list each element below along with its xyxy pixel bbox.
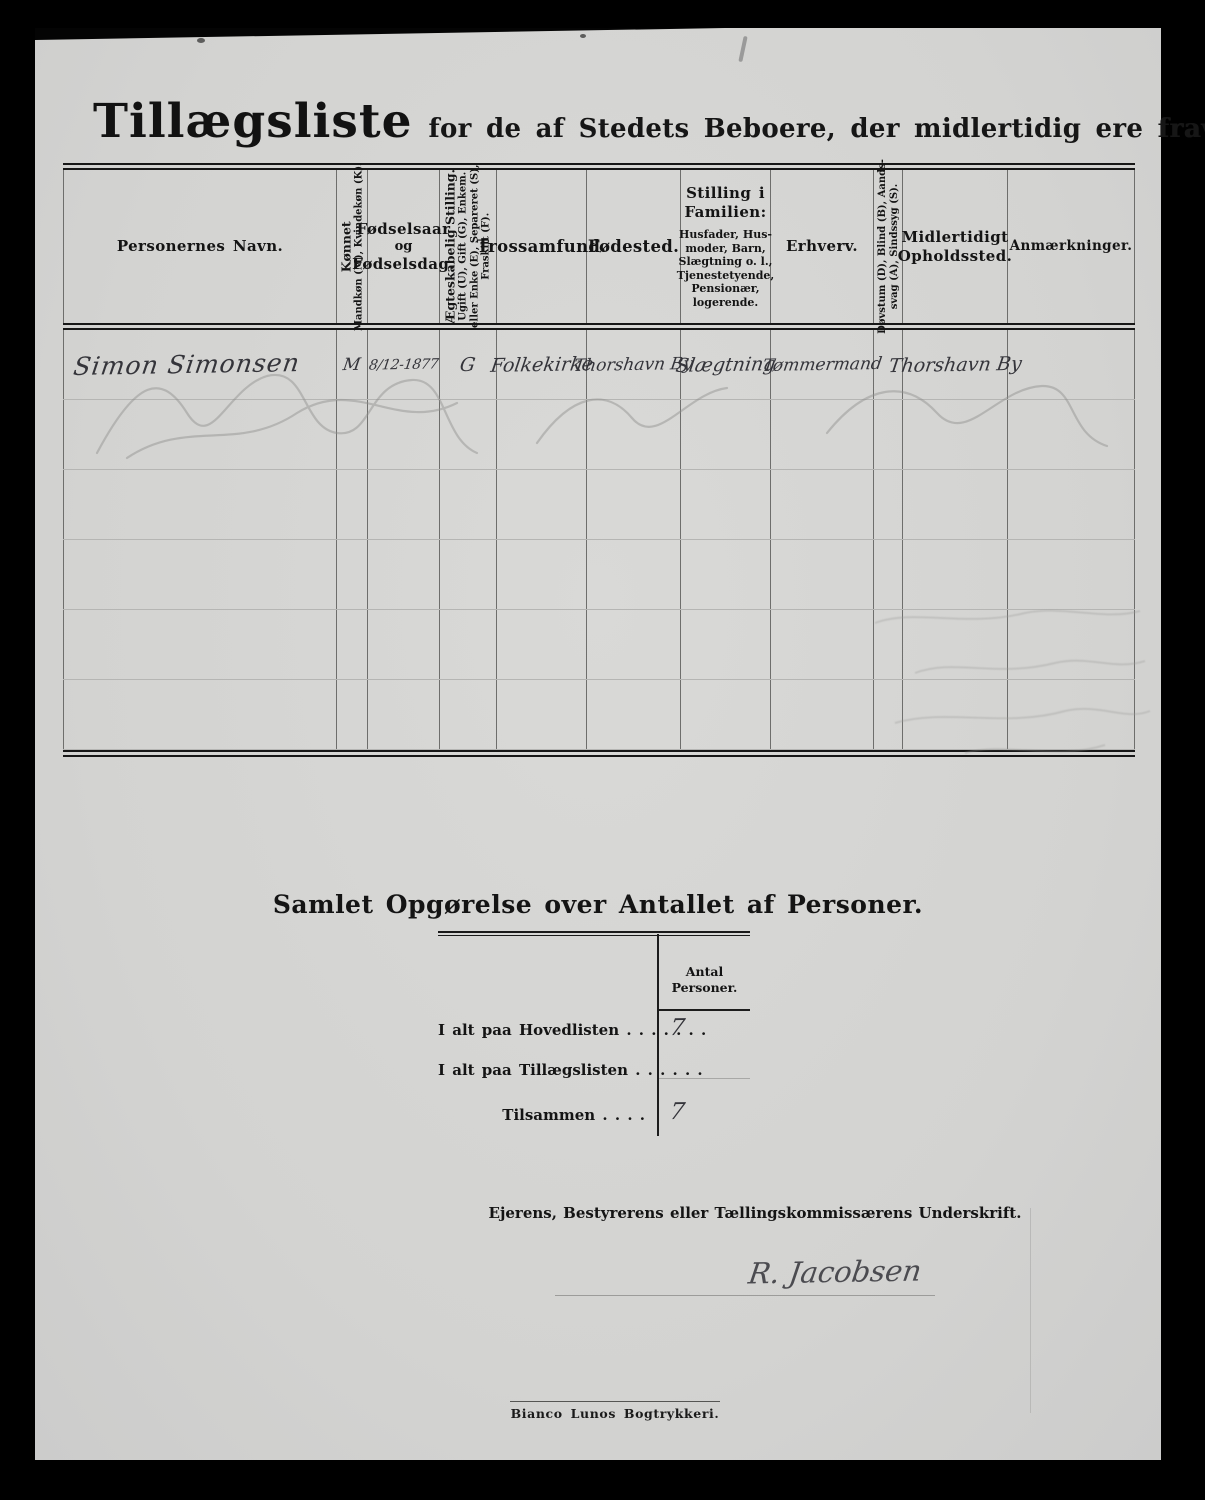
subtitle-emphasis: fraværende. <box>1158 114 1205 144</box>
table-bottom-rule <box>63 750 1135 757</box>
col-header-religion: Trossamfund. <box>497 170 587 323</box>
col-header-name: Personernes Navn. <box>63 170 337 323</box>
entry-occupation: Tømmermand <box>771 330 874 399</box>
page-subtitle: for de af Stedets Beboere, der midlertid… <box>428 114 1205 144</box>
table-header-row: Personernes Navn. Kønnet Mandkøn (M), Kv… <box>63 170 1135 323</box>
signature-label: Ejerens, Bestyrerens eller Tællingskommi… <box>405 1204 1105 1222</box>
col-header-birthplace: Fødested. <box>587 170 681 323</box>
col-header-sex: Kønnet Mandkøn (M), Kvindekøn (K). <box>337 170 368 323</box>
summary-title: Samlet Opgørelse over Antallet af Person… <box>35 890 1161 919</box>
table-row <box>63 400 1135 470</box>
summary-col-header: Antal Personer. <box>659 964 750 996</box>
signature: R. Jacobsen <box>675 1255 995 1289</box>
col-header-remarks: Anmærkninger. <box>1008 170 1135 323</box>
entry-residence: Thorshavn By <box>903 330 1008 399</box>
printer-name: Bianco Lunos Bogtrykkeri. <box>485 1406 745 1421</box>
entry-family-position: Slægtning <box>681 330 771 399</box>
printer-rule <box>510 1401 720 1402</box>
entry-name: Simon Simonsen <box>63 330 337 399</box>
table-row <box>63 540 1135 610</box>
entry-remarks <box>1008 330 1135 399</box>
census-table: Personernes Navn. Kønnet Mandkøn (M), Kv… <box>63 163 1135 757</box>
summary-row-tillaegslisten-label: I alt paa Tillægslisten . . . . . . <box>438 1061 645 1079</box>
entry-marital: G <box>440 330 497 399</box>
table-row: Simon Simonsen M 8/12-1877 G Folkekirke … <box>63 330 1135 400</box>
summary-table: Antal Personer. I alt paa Hovedlisten . … <box>438 931 750 1143</box>
summary-faint-rule <box>659 1078 750 1079</box>
table-header-bottom-rule <box>63 323 1135 330</box>
scan-speck <box>580 34 586 38</box>
summary-row-tilsammen-value: 7 <box>670 1099 685 1125</box>
summary-row-hovedlisten-value: 7 <box>670 1015 685 1041</box>
summary-row-hovedlisten-label: I alt paa Hovedlisten . . . . . . . <box>438 1021 645 1039</box>
census-page: Tillægsliste for de af Stedets Beboere, … <box>35 28 1161 1460</box>
entry-birthplace: Thorshavn By <box>587 330 681 399</box>
col-header-family-position: Stilling i Familien: Husfader, Hus- mode… <box>681 170 771 323</box>
printer-imprint: Bianco Lunos Bogtrykkeri. <box>485 1401 745 1421</box>
page-title: Tillægsliste <box>93 94 412 149</box>
subtitle-text: for de af Stedets Beboere, der midlertid… <box>428 114 1143 144</box>
table-row <box>63 610 1135 680</box>
table-row <box>63 680 1135 750</box>
scan-smudge <box>738 36 747 62</box>
summary-top-rule <box>438 931 750 936</box>
document-header: Tillægsliste for de af Stedets Beboere, … <box>93 94 1113 149</box>
col-header-residence: Midlertidigt Opholdssted. <box>903 170 1008 323</box>
col-header-birth: Fødselsaar og Fødselsdag. <box>368 170 440 323</box>
signature-line <box>555 1295 935 1296</box>
summary-col-header-rule <box>659 1009 750 1011</box>
paper-crease <box>1030 1208 1031 1413</box>
scan-shadow-wedge <box>35 28 725 40</box>
col-header-occupation: Erhverv. <box>771 170 874 323</box>
scan-speck <box>197 38 205 43</box>
entry-sex: M <box>337 330 368 399</box>
summary-row-tilsammen-label: Tilsammen . . . . <box>438 1106 645 1124</box>
table-row <box>63 470 1135 540</box>
table-top-rule <box>63 163 1135 170</box>
entry-birth: 8/12-1877 <box>368 330 440 399</box>
